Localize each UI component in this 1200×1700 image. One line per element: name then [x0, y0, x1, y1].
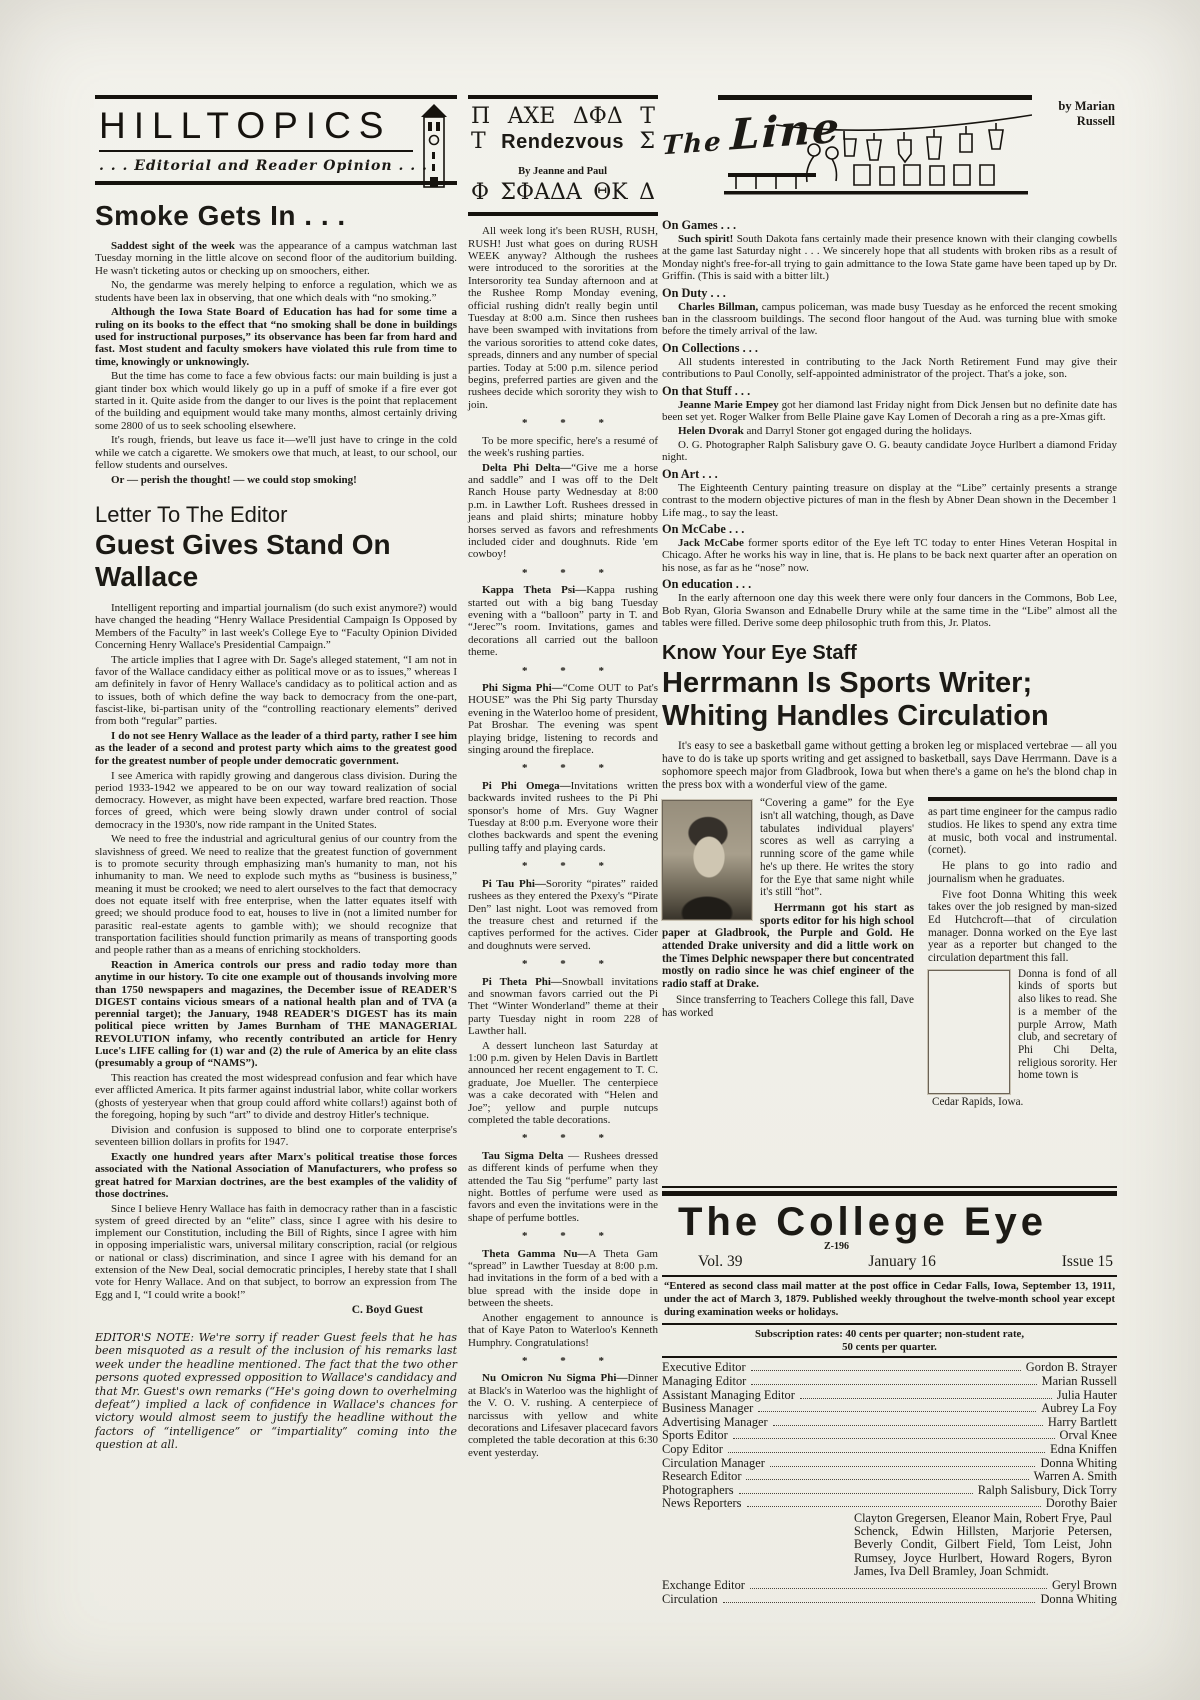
smoke-article-body: Saddest sight of the week was the appear… — [95, 240, 457, 486]
gossip-item: Nu Omicron Nu Sigma Phi—Dinner at Black'… — [468, 1372, 658, 1459]
item-text: The Eighteenth Century painting treasure… — [662, 482, 1117, 519]
staff-row: CirculationDonna Whiting — [662, 1593, 1117, 1607]
paragraph-text: Intelligent reporting and impartial jour… — [95, 602, 457, 651]
paper-title: The College Eye — [678, 1201, 1117, 1243]
gossip-item: * * * — [468, 1132, 658, 1144]
gossip-item: * * * — [468, 1230, 658, 1242]
article-paragraph: This reaction has created the most wides… — [95, 1072, 457, 1121]
article-paragraph: Reaction in America controls our press a… — [95, 959, 457, 1070]
gossip-item: All week long it's been RUSH, RUSH, RUSH… — [468, 225, 658, 411]
staff-role: Sports Editor — [662, 1429, 728, 1443]
line-item: All students interested in contributing … — [662, 356, 1117, 381]
dot-leader — [746, 1479, 1028, 1480]
paragraph-text: Although the Iowa State Board of Educati… — [95, 306, 457, 367]
line-item: Such spirit! South Dakota fans certainly… — [662, 233, 1117, 283]
rendezvous-title-block: Rendezvous By Jeanne and Paul — [501, 129, 624, 180]
gossip-item: * * * — [468, 762, 658, 774]
staff-name: Donna Whiting — [1040, 1457, 1117, 1471]
staff-row: Advertising ManagerHarry Bartlett — [662, 1416, 1117, 1430]
sorority-name: Tau Sigma Delta — [482, 1150, 564, 1162]
divider — [662, 1191, 1117, 1196]
sorority-name: Theta Gamma Nu— — [482, 1248, 588, 1260]
item-text: On Collections . . . — [662, 341, 758, 355]
item-text: On McCabe . . . — [662, 522, 744, 536]
article-paragraph: No, the gendarme was merely helping to e… — [95, 279, 457, 304]
feature-paragraph: Five foot Donna Whiting this week takes … — [928, 889, 1117, 965]
feature-paragraph: Cedar Rapids, Iowa. — [928, 1096, 1117, 1109]
dot-leader — [773, 1425, 1043, 1426]
staff-row: PhotographersRalph Salisbury, Dick Torry — [662, 1484, 1117, 1498]
gossip-item: Phi Sigma Phi—“Come OUT to Pat's HOUSE” … — [468, 682, 658, 756]
gossip-item: Another engagement to announce is that o… — [468, 1312, 658, 1349]
item-text: and Darryl Stoner got engaged during the… — [744, 425, 972, 437]
line-item: The Eighteenth Century painting treasure… — [662, 482, 1117, 519]
feature-paragraph: as part time engineer for the campus rad… — [928, 806, 1117, 857]
hilltopics-title: HILLTOPICS — [99, 107, 413, 144]
staff-row: News ReportersDorothy Baier — [662, 1497, 1117, 1511]
gossip-item: Pi Theta Phi—Snowball invitations and sn… — [468, 976, 658, 1038]
item-text: On that Stuff . . . — [662, 384, 750, 398]
dot-leader — [747, 1506, 1041, 1507]
staff-row: Research EditorWarren A. Smith — [662, 1470, 1117, 1484]
paragraph-text: Division and confusion is supposed to bl… — [95, 1124, 457, 1148]
feature-subcolumn-right: as part time engineer for the campus rad… — [928, 797, 1117, 1111]
staff-name: Orval Knee — [1060, 1429, 1117, 1443]
article-paragraph: I do not see Henry Wallace as the leader… — [95, 730, 457, 767]
donna-whiting-photo — [928, 970, 1010, 1094]
item-text: * * * — [522, 860, 604, 872]
paragraph-text: We need to free the industrial and agric… — [95, 833, 457, 956]
item-text: Another engagement to announce is that o… — [468, 1312, 658, 1349]
staff-name: Harry Bartlett — [1048, 1416, 1117, 1430]
gossip-item: * * * — [468, 1355, 658, 1367]
letter-signature: C. Boyd Guest — [95, 1304, 423, 1316]
dot-leader — [800, 1398, 1052, 1399]
gossip-item: Pi Tau Phi—Sorority “pirates” raided rus… — [468, 878, 658, 952]
greek-letter: Δ — [639, 180, 655, 205]
feature-paragraph: Since transferring to Teachers College t… — [662, 994, 914, 1019]
staff-role: Circulation Manager — [662, 1457, 765, 1471]
staff-role: Assistant Managing Editor — [662, 1389, 795, 1403]
gossip-item: * * * — [468, 567, 658, 579]
rendezvous-column: Π ΑΧΕ ΔΦΔ Τ Τ Rendezvous By Jeanne and P… — [468, 95, 658, 1461]
rendezvous-masthead: Π ΑΧΕ ΔΦΔ Τ Τ Rendezvous By Jeanne and P… — [468, 95, 658, 216]
greek-letter: Σ — [639, 129, 655, 154]
paragraph-text: It's rough, friends, but leave us face i… — [95, 434, 457, 471]
gossip-item: To be more specific, here's a resumé of … — [468, 435, 658, 460]
greek-letter: ΘΚ — [593, 180, 627, 205]
item-text: On education . . . — [662, 577, 751, 591]
staff-role: Business Manager — [662, 1402, 753, 1416]
item-text: Dinner at Black's in Waterloo was the hi… — [468, 1372, 658, 1458]
paragraph-text: Since I believe Henry Wallace has faith … — [95, 1203, 457, 1301]
item-text: * * * — [522, 762, 604, 774]
staff-row: Assistant Managing EditorJulia Hauter — [662, 1389, 1117, 1403]
greek-letter: ΑΧΕ — [508, 104, 556, 129]
article-paragraph: Division and confusion is supposed to bl… — [95, 1124, 457, 1149]
line-item: On Collections . . . — [662, 341, 1117, 355]
gossip-item: Theta Gamma Nu—A Theta Gam “spread” in L… — [468, 1248, 658, 1310]
paragraph-text: Or — perish the thought! — we could stop… — [111, 474, 357, 486]
article-paragraph: Since I believe Henry Wallace has faith … — [95, 1203, 457, 1301]
item-text: * * * — [522, 1132, 604, 1144]
item-text: In the early afternoon one day this week… — [662, 592, 1117, 629]
gossip-item: Kappa Theta Psi—Kappa rushing started ou… — [468, 584, 658, 658]
item-lead-name: Charles Billman, — [678, 301, 758, 313]
letter-body: Intelligent reporting and impartial jour… — [95, 602, 457, 1301]
item-text: * * * — [522, 417, 604, 429]
smoke-headline: Smoke Gets In . . . — [95, 200, 457, 232]
entry-notice: “Entered as second class mail matter at … — [664, 1281, 1115, 1319]
staff-role: News Reporters — [662, 1497, 742, 1511]
dot-leader — [770, 1466, 1036, 1467]
item-text: * * * — [522, 567, 604, 579]
greek-letter-row: Π ΑΧΕ ΔΦΔ Τ — [471, 104, 655, 129]
line-item: In the early afternoon one day this week… — [662, 592, 1117, 629]
the-line-byline: by MarianRussell — [1058, 99, 1115, 129]
dave-herrmann-photo — [662, 800, 752, 920]
feature-subcolumn-left: “Covering a game” for the Eye isn't all … — [662, 797, 914, 1111]
item-text: “Give me a horse and saddle” and I was o… — [468, 462, 658, 561]
paragraph-text: This reaction has created the most wides… — [95, 1072, 457, 1121]
sorority-name: Pi Phi Omega— — [482, 780, 571, 792]
staff-name: Gordon B. Strayer — [1026, 1361, 1117, 1375]
staff-name: Dorothy Baier — [1046, 1497, 1117, 1511]
item-text: * * * — [522, 1355, 604, 1367]
item-lead-name: Jack McCabe — [678, 537, 744, 549]
rendezvous-byline: By Jeanne and Paul — [518, 166, 607, 177]
dot-leader — [751, 1384, 1036, 1385]
item-text: All week long it's been RUSH, RUSH, RUSH… — [468, 225, 658, 411]
rendezvous-title: Rendezvous — [501, 131, 624, 153]
item-text: On Art . . . — [662, 467, 718, 481]
divider — [99, 150, 413, 152]
gossip-item: Pi Phi Omega—Invitations written backwar… — [468, 780, 658, 854]
sorority-name: Nu Omicron Nu Sigma Phi— — [482, 1372, 627, 1384]
gossip-item: * * * — [468, 958, 658, 970]
article-paragraph: We need to free the industrial and agric… — [95, 833, 457, 956]
staff-row: Managing EditorMarian Russell — [662, 1375, 1117, 1389]
issue-date: January 16 — [868, 1253, 936, 1271]
the-line-body: On Games . . . Such spirit! South Dakota… — [662, 218, 1117, 629]
the-line-column: The Line by MarianRussell On Games . . .… — [662, 95, 1117, 1111]
volume-number: Vol. 39 — [698, 1253, 743, 1271]
staff-row: Business ManagerAubrey La Foy — [662, 1402, 1117, 1416]
dot-leader — [751, 1370, 1021, 1371]
paragraph-text: Exactly one hundred years after Marx's p… — [95, 1151, 457, 1200]
staff-role: Research Editor — [662, 1470, 741, 1484]
greek-letter: ΔΦΔ — [573, 104, 623, 129]
article-paragraph: The article implies that I agree with Dr… — [95, 654, 457, 728]
item-text: On Games . . . — [662, 218, 736, 232]
gossip-item: Tau Sigma Delta — Rushees dressed as dif… — [468, 1150, 658, 1224]
article-paragraph: It's rough, friends, but leave us face i… — [95, 434, 457, 471]
item-text: All students interested in contributing … — [662, 356, 1117, 380]
letter-kicker: Letter To The Editor — [95, 502, 457, 528]
greek-letter: Τ — [640, 104, 655, 129]
line-item: On that Stuff . . . — [662, 384, 1117, 398]
line-item: Jack McCabe former sports editor of the … — [662, 537, 1117, 574]
sorority-name: Pi Theta Phi— — [482, 976, 562, 988]
feature-subcolumns: “Covering a game” for the Eye isn't all … — [662, 797, 1117, 1111]
staff-row: Executive EditorGordon B. Strayer — [662, 1361, 1117, 1375]
newspaper-page: HILLTOPICS . . . Editorial and Reader Op… — [0, 0, 1200, 1700]
dot-leader — [733, 1438, 1055, 1439]
staff-row: Exchange EditorGeryl Brown — [662, 1579, 1117, 1593]
item-text: A dessert luncheon last Saturday at 1:00… — [468, 1040, 658, 1126]
line-item: On Duty . . . — [662, 286, 1117, 300]
rendezvous-title-row: Τ Rendezvous By Jeanne and Paul Σ — [471, 129, 655, 180]
sorority-name: Delta Phi Delta— — [482, 462, 571, 474]
line-item: Helen Dvorak and Darryl Stoner got engag… — [662, 425, 1117, 437]
paragraph-text: But the time has come to face a few obvi… — [95, 370, 457, 431]
item-lead-name: Jeanne Marie Empey — [678, 399, 779, 411]
dot-leader — [728, 1452, 1045, 1453]
hilltopics-subtitle: . . . Editorial and Reader Opinion . . . — [99, 158, 413, 174]
the-line-masthead: The Line by MarianRussell — [662, 95, 1117, 215]
gossip-item: * * * — [468, 417, 658, 429]
sorority-name: Kappa Theta Psi— — [482, 584, 586, 596]
article-paragraph: Although the Iowa State Board of Educati… — [95, 306, 457, 367]
staff-name: Marian Russell — [1042, 1375, 1117, 1389]
paragraph-text: I do not see Henry Wallace as the leader… — [95, 730, 457, 767]
divider — [662, 1356, 1117, 1358]
item-lead-name: Such spirit! — [678, 233, 733, 245]
item-text: * * * — [522, 665, 604, 677]
sorority-name: Phi Sigma Phi— — [482, 682, 563, 694]
dot-leader — [750, 1588, 1047, 1589]
staff-role: Managing Editor — [662, 1375, 746, 1389]
divider — [662, 1275, 1117, 1277]
editors-note: EDITOR'S NOTE: We're sorry if reader Gue… — [95, 1331, 457, 1452]
item-text: O. G. Photographer Ralph Salisbury gave … — [662, 439, 1117, 463]
hilltopics-masthead: HILLTOPICS . . . Editorial and Reader Op… — [95, 95, 457, 185]
paragraph-text: I see America with rapidly growing and d… — [95, 770, 457, 831]
feature-paragraph: He plans to go into radio and journalism… — [928, 860, 1117, 885]
gossip-item: Delta Phi Delta—“Give me a horse and sad… — [468, 462, 658, 561]
line-item: On Games . . . — [662, 218, 1117, 232]
staff-role: Advertising Manager — [662, 1416, 768, 1430]
staff-name: Ralph Salisbury, Dick Torry — [978, 1484, 1117, 1498]
greek-letter: ΣΦΑΔΑ — [500, 180, 581, 205]
editorial-column: HILLTOPICS . . . Editorial and Reader Op… — [95, 95, 457, 1463]
staff-row: Copy EditorEdna Kniffen — [662, 1443, 1117, 1457]
staff-list-continued: Exchange EditorGeryl Brown CirculationDo… — [662, 1579, 1117, 1606]
gossip-item: * * * — [468, 665, 658, 677]
subscription-rates: Subscription rates: 40 cents per quarter… — [662, 1328, 1117, 1353]
line-item: On Art . . . — [662, 467, 1117, 481]
rendezvous-body: All week long it's been RUSH, RUSH, RUSH… — [468, 225, 658, 1459]
divider — [662, 1186, 1117, 1188]
greek-letter-row: Φ ΣΦΑΔΑ ΘΚ Δ — [471, 180, 655, 205]
paragraph-lead: Saddest sight of the week — [111, 240, 235, 252]
feature-headline: Herrmann Is Sports Writer;Whiting Handle… — [662, 667, 1117, 732]
gossip-item: * * * — [468, 860, 658, 872]
line-item: Charles Billman, campus policeman, was m… — [662, 301, 1117, 338]
feature-intro: It's easy to see a basketball game witho… — [662, 740, 1117, 792]
staff-role: Photographers — [662, 1484, 734, 1498]
article-paragraph: But the time has come to face a few obvi… — [95, 370, 457, 431]
staff-role: Exchange Editor — [662, 1579, 745, 1593]
staff-role: Circulation — [662, 1593, 718, 1607]
volume-row: Vol. 39 January 16 Issue 15 — [698, 1253, 1113, 1271]
staff-name: Julia Hauter — [1057, 1389, 1117, 1403]
college-eye-masthead: The College Eye Z-196 Vol. 39 January 16… — [662, 1186, 1117, 1606]
item-text: On Duty . . . — [662, 286, 726, 300]
article-paragraph: I see America with rapidly growing and d… — [95, 770, 457, 831]
item-text: To be more specific, here's a resumé of … — [468, 435, 658, 459]
staff-row: Circulation ManagerDonna Whiting — [662, 1457, 1117, 1471]
paragraph-text: Reaction in America controls our press a… — [95, 959, 457, 1069]
article-paragraph: Or — perish the thought! — we could stop… — [95, 474, 457, 486]
dot-leader — [758, 1411, 1036, 1412]
staff-name: Geryl Brown — [1052, 1579, 1117, 1593]
item-text: * * * — [522, 1230, 604, 1242]
line-item: O. G. Photographer Ralph Salisbury gave … — [662, 439, 1117, 464]
dot-leader — [739, 1493, 973, 1494]
staff-row: Sports EditorOrval Knee — [662, 1429, 1117, 1443]
staff-role: Executive Editor — [662, 1361, 746, 1375]
article-paragraph: Intelligent reporting and impartial jour… — [95, 602, 457, 651]
gossip-item: A dessert luncheon last Saturday at 1:00… — [468, 1040, 658, 1127]
feature-kicker: Know Your Eye Staff — [662, 642, 1117, 665]
issue-number: Issue 15 — [1062, 1253, 1113, 1271]
line-item: Jeanne Marie Empey got her diamond last … — [662, 399, 1117, 424]
news-reporters-list: Clayton Gregersen, Eleanor Main, Robert … — [854, 1512, 1112, 1578]
greek-letter: Τ — [471, 129, 486, 154]
letter-headline: Guest Gives Stand On Wallace — [95, 529, 457, 593]
sorority-name: Pi Tau Phi— — [482, 878, 546, 890]
staff-name: Donna Whiting — [1040, 1593, 1117, 1607]
greek-letter: Π — [471, 104, 490, 129]
article-paragraph: Exactly one hundred years after Marx's p… — [95, 1151, 457, 1200]
campanile-tower-icon — [419, 104, 449, 190]
staff-name: Warren A. Smith — [1034, 1470, 1117, 1484]
greek-letter: Φ — [471, 180, 489, 205]
staff-role: Copy Editor — [662, 1443, 723, 1457]
item-lead-name: Helen Dvorak — [678, 425, 744, 437]
divider — [662, 1323, 1117, 1325]
dot-leader — [723, 1602, 1036, 1603]
paragraph-text: The article implies that I agree with Dr… — [95, 654, 457, 727]
staff-list: Executive EditorGordon B. Strayer Managi… — [662, 1361, 1117, 1511]
line-item: On education . . . — [662, 577, 1117, 591]
staff-name: Aubrey La Foy — [1041, 1402, 1117, 1416]
staff-name: Edna Kniffen — [1050, 1443, 1117, 1457]
line-item: On McCabe . . . — [662, 522, 1117, 536]
article-paragraph: Saddest sight of the week was the appear… — [95, 240, 457, 277]
paragraph-text: No, the gendarme was merely helping to e… — [95, 279, 457, 303]
item-text: * * * — [522, 958, 604, 970]
